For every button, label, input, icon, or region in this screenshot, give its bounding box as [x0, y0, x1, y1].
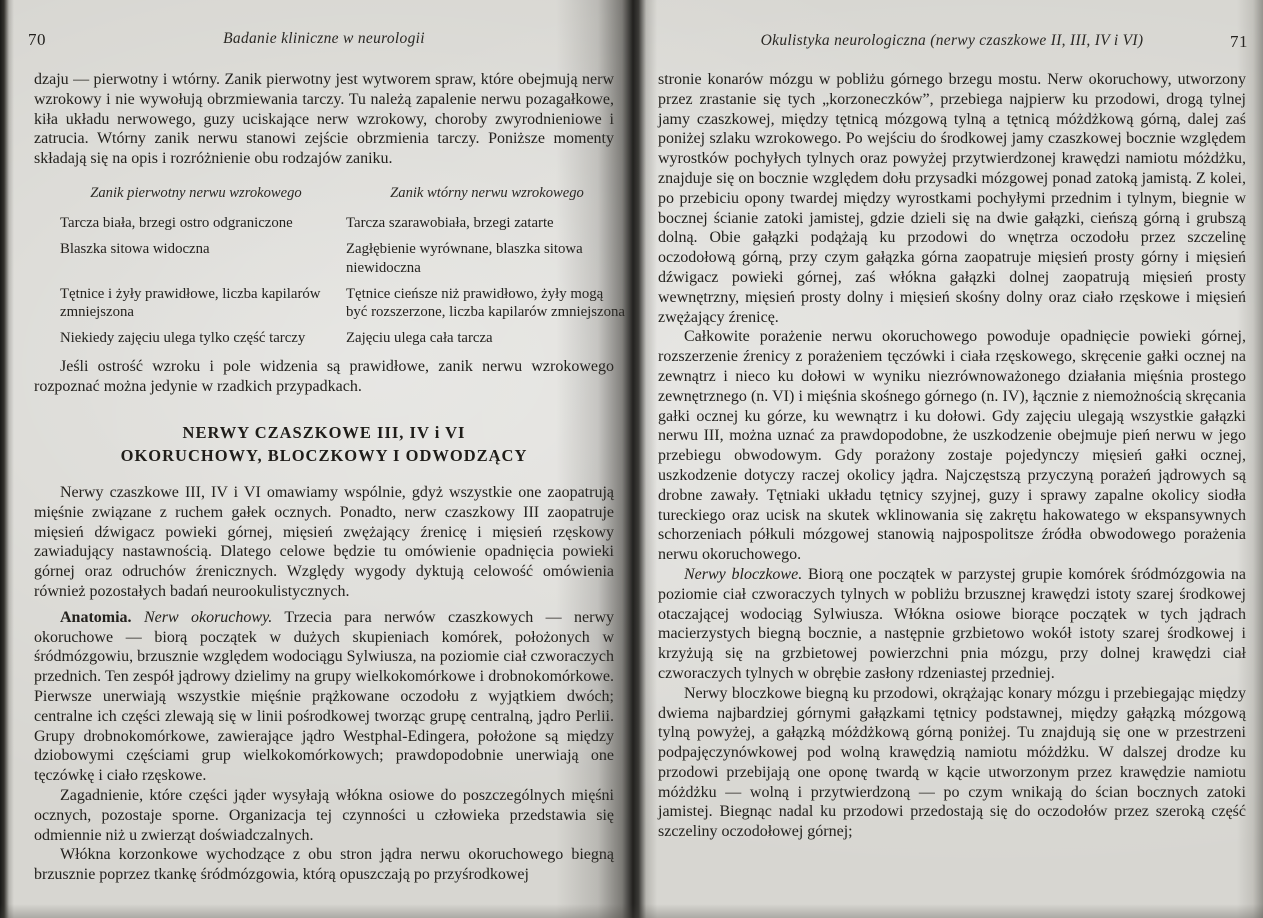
paragraph-optic-atrophy-types: dzaju — pierwotny i wtórny. Zanik pierwo… — [34, 70, 614, 169]
paragraph-nuclei-question: Zagadnienie, które części jąder wysyłają… — [34, 786, 614, 845]
anatomy-text: Trzecia para nerwów czaszkowych — nerwy … — [34, 609, 614, 784]
table-cell: Niekiedy zajęciu ulega tylko część tarcz… — [60, 329, 332, 347]
book-spread: 70 Badanie kliniczne w neurologii dzaju … — [0, 0, 1263, 918]
table-cell: Tętnice i żyły prawidłowe, liczba kapila… — [60, 285, 332, 321]
paragraph-diagnosis-note: Jeśli ostrość wzroku i pole widzenia są … — [34, 357, 614, 397]
trochlear-text: Biorą one początek w parzystej grupie ko… — [658, 566, 1246, 682]
table-cell: Blaszka sitowa widoczna — [60, 240, 332, 276]
left-page: 70 Badanie kliniczne w neurologii dzaju … — [34, 30, 614, 885]
paragraph-nerves-intro: Nerwy czaszkowe III, IV i VI omawiamy ws… — [34, 483, 614, 602]
section-heading: NERWY CZASZKOWE III, IV i VI OKORUCHOWY,… — [34, 421, 614, 467]
table-cell: Tarcza biała, brzegi ostro odgraniczone — [60, 214, 332, 232]
paragraph-oculomotor-palsy: Całkowite porażenie nerwu okoruchowego p… — [658, 327, 1246, 565]
table-col1-header: Zanik pierwotny nerwu wzrokowego — [60, 184, 332, 206]
book-bottom-edge — [0, 904, 1263, 918]
anatomy-lead-bold: Anatomia. — [60, 609, 132, 626]
trochlear-lead-italic: Nerwy bloczkowe. — [684, 566, 802, 583]
section-heading-line1: NERWY CZASZKOWE III, IV i VI — [34, 421, 614, 444]
paragraph-oculomotor-course: stronie konarów mózgu w pobliżu górnego … — [658, 70, 1246, 327]
atrophy-comparison-table: Zanik pierwotny nerwu wzrokowego Zanik w… — [60, 184, 614, 347]
paragraph-trochlear-course: Nerwy bloczkowe biegną ku przodowi, okrą… — [658, 684, 1246, 842]
right-running-head: Okulistyka neurologiczna (nerwy czaszkow… — [658, 32, 1246, 50]
right-page-header: Okulistyka neurologiczna (nerwy czaszkow… — [658, 30, 1246, 52]
paragraph-anatomy: Anatomia. Nerw okoruchowy. Trzecia para … — [34, 608, 614, 786]
right-page: Okulistyka neurologiczna (nerwy czaszkow… — [658, 30, 1246, 842]
book-gutter-shadow — [556, 0, 666, 918]
anatomy-lead-italic: Nerw okoruchowy. — [144, 609, 272, 626]
left-page-header: 70 Badanie kliniczne w neurologii — [34, 30, 614, 52]
book-left-edge — [0, 0, 14, 918]
paragraph-trochlear-nerves: Nerwy bloczkowe. Biorą one początek w pa… — [658, 565, 1246, 684]
left-running-head: Badanie kliniczne w neurologii — [34, 30, 614, 48]
book-right-edge — [1237, 0, 1263, 918]
section-heading-line2: OKORUCHOWY, BLOCZKOWY I ODWODZĄCY — [34, 444, 614, 467]
paragraph-root-fibers: Włókna korzonkowe wychodzące z obu stron… — [34, 845, 614, 885]
